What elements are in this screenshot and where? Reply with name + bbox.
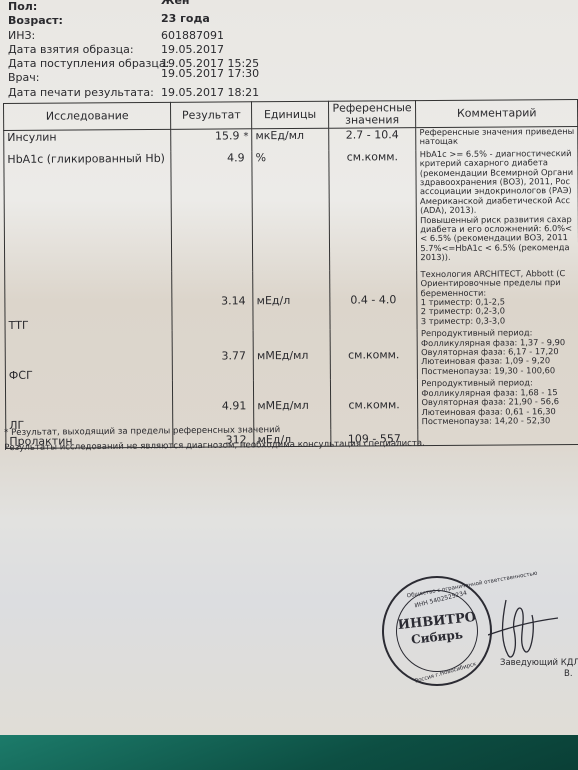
test-name: ФСГ bbox=[5, 331, 173, 382]
field-value: 19.05.2017 bbox=[161, 43, 224, 57]
test-reference: 2.7 - 10.4 bbox=[328, 128, 416, 151]
table-row: ТТГ3.14мЕд/л0.4 - 4.0Технология ARCHITEC… bbox=[5, 269, 578, 332]
result-value: 4.9 bbox=[227, 151, 245, 164]
test-units: мкЕд/мл bbox=[252, 128, 329, 151]
out-of-range-flag: * bbox=[243, 131, 248, 142]
field-label: Возраст: bbox=[8, 14, 63, 28]
field-value: 601887091 bbox=[161, 29, 224, 43]
header-comment: Комментарий bbox=[416, 99, 578, 127]
lab-stamp: Общество с ограниченной ответственностью… bbox=[382, 576, 492, 686]
test-result: 3.14 bbox=[172, 271, 253, 331]
test-name: Инсулин bbox=[4, 129, 172, 152]
test-comment: Репродуктивный период:Фолликулярная фаза… bbox=[418, 378, 578, 429]
result-value: 4.91 bbox=[222, 399, 247, 412]
test-comment: Референсные значения приведенынатощак bbox=[416, 126, 578, 149]
field-label: Дата взятия образца: bbox=[8, 43, 134, 57]
header-units: Единицы bbox=[252, 101, 329, 129]
field-value: 23 года bbox=[161, 12, 210, 26]
test-name: HbA1c (гликированный Hb) bbox=[4, 152, 172, 273]
field-label: ИНЗ: bbox=[8, 29, 35, 43]
test-comment: Репродуктивный период:Фолликулярная фаза… bbox=[417, 328, 578, 379]
field-label: Дата поступления образца: bbox=[8, 57, 169, 71]
test-result: 4.9 bbox=[171, 151, 253, 272]
result-value: 15.9 bbox=[215, 129, 240, 142]
test-reference: см.комм. bbox=[330, 329, 418, 380]
test-units: мМЕд/мл bbox=[254, 380, 331, 431]
test-result: 15.9* bbox=[171, 129, 252, 152]
test-result: 3.77 bbox=[172, 331, 253, 382]
table-header-row: Исследование Результат Единицы Референсн… bbox=[4, 99, 578, 130]
test-reference: см.комм. bbox=[328, 150, 417, 271]
results-table: Исследование Результат Единицы Референсн… bbox=[3, 99, 578, 449]
test-comment: Технология ARCHITECT, Abbott (СОриентиро… bbox=[417, 269, 578, 330]
result-value: 3.14 bbox=[221, 294, 246, 307]
comment-line: 2013)). bbox=[420, 252, 575, 262]
field-value: 19.05.2017 18:21 bbox=[161, 86, 259, 100]
test-units: мМЕд/мл bbox=[253, 330, 330, 381]
test-units: мЕд/л bbox=[253, 271, 330, 331]
test-name: ТТГ bbox=[5, 272, 173, 333]
test-units: % bbox=[252, 151, 329, 272]
field-label: Врач: bbox=[8, 71, 39, 85]
test-comment bbox=[418, 428, 578, 446]
comment-line: 3 триместр: 0,3-3,0 bbox=[421, 316, 576, 326]
test-name: ЛГ bbox=[5, 381, 173, 432]
comment-line: натощак bbox=[420, 136, 575, 146]
header-reference: Референсные значения bbox=[328, 101, 416, 129]
footnotes: * Результат, выходящий за пределы рефере… bbox=[4, 424, 425, 458]
result-value: 3.77 bbox=[221, 349, 246, 362]
test-reference: 0.4 - 4.0 bbox=[329, 270, 417, 330]
field-value: Жен bbox=[161, 0, 190, 9]
field-value: 19.05.2017 17:30 bbox=[161, 67, 259, 81]
disclaimer: Результаты исследований не являются диаг… bbox=[4, 439, 425, 453]
table-row: ФСГ3.77мМЕд/млсм.комм.Репродуктивный пер… bbox=[5, 328, 578, 382]
comment-line: Постменопауза: 14,20 - 52,30 bbox=[422, 416, 577, 426]
test-comment: HbA1c >= 6.5% - диагностическийкритерий … bbox=[416, 149, 578, 270]
signature-position: Заведующий КДЛ bbox=[500, 658, 578, 668]
signature-initials: В. bbox=[564, 669, 573, 679]
header-result: Результат bbox=[171, 102, 252, 130]
header-test: Исследование bbox=[4, 102, 172, 130]
comment-line: Постменопауза: 19,30 - 100,60 bbox=[421, 366, 576, 376]
background-cloth bbox=[0, 735, 578, 770]
field-label: Пол: bbox=[8, 0, 37, 14]
test-reference: см.комм. bbox=[330, 379, 418, 430]
field-label: Дата печати результата: bbox=[8, 86, 154, 100]
table-row: HbA1c (гликированный Hb)4.9%см.комм.HbA1… bbox=[4, 149, 578, 273]
lab-report-paper: Пол:ЖенВозраст:23 годаИНЗ:601887091Дата … bbox=[0, 0, 578, 737]
test-result: 4.91 bbox=[173, 381, 254, 432]
